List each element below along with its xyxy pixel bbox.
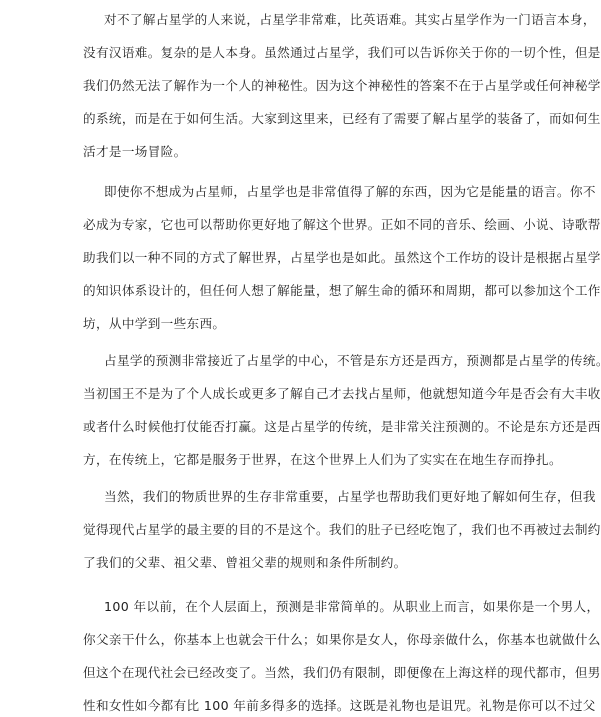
text-line: 了我们的父辈、祖父辈、曾祖父辈的规则和条件所制约。 [83, 553, 407, 573]
text-line: 当然，我们的物质世界的生存非常重要，占星学也帮助我们更好地了解如何生存，但我 [104, 487, 596, 507]
text-line: 100 年以前，在个人层面上，预测是非常简单的。从职业上而言，如果你是一个男人， [104, 597, 599, 617]
text-line: 即使你不想成为占星师，占星学也是非常值得了解的东西，因为它是能量的语言。你不 [104, 182, 596, 202]
text-line: 或者什么时候他打仗能否打赢。这是占星学的传统，是非常关注预测的。不论是东方还是西 [83, 417, 601, 437]
text-line: 助我们以一种不同的方式了解世界，占星学也是如此。虽然这个工作坊的设计是根据占星学 [83, 248, 601, 268]
text-line: 方，在传统上，它都是服务于世界，在这个世界上人们为了实实在在地生存而挣扎。 [83, 450, 562, 470]
text-line: 性和女性如今都有比 100 年前多得多的选择。这既是礼物也是诅咒。礼物是你可以不… [83, 696, 596, 716]
text-line: 活才是一场冒险。 [83, 142, 187, 162]
text-line: 你父亲干什么，你基本上也就会干什么；如果你是女人，你母亲做什么，你基本也就做什么… [83, 630, 601, 650]
text-line: 对不了解占星学的人来说，占星学非常难，比英语难。其实占星学作为一门语言本身， [104, 10, 596, 30]
text-line: 没有汉语难。复杂的是人本身。虽然通过占星学，我们可以告诉你关于你的一切个性，但是 [83, 43, 601, 63]
text-line: 但这个在现代社会已经改变了。当然，我们仍有限制，即便像在上海这样的现代都市，但男 [83, 663, 601, 683]
text-line: 我们仍然无法了解作为一个人的神秘性。因为这个神秘性的答案不在于占星学或任何神秘学 [83, 76, 601, 96]
text-line: 当初国王不是为了个人成长或更多了解自己才去找占星师，他就想知道今年是否会有大丰收… [83, 384, 601, 404]
text-line: 必成为专家，它也可以帮助你更好地了解这个世界。正如不同的音乐、绘画、小说、诗歌帮 [83, 215, 601, 235]
text-line: 觉得现代占星学的最主要的目的不是这个。我们的肚子已经吃饱了，我们也不再被过去制约 [83, 520, 601, 540]
text-line: 的知识体系设计的，但任何人想了解能量，想了解生命的循环和周期，都可以参加这个工作 [83, 281, 601, 301]
text-line: 坊，从中学到一些东西。 [83, 314, 225, 334]
text-line: 占星学的预测非常接近了占星学的中心，不管是东方还是西方，预测都是占星学的传统。 [104, 351, 601, 371]
text-line: 的系统，而是在于如何生活。大家到这里来，已经有了需要了解占星学的装备了，而如何生 [83, 109, 601, 129]
